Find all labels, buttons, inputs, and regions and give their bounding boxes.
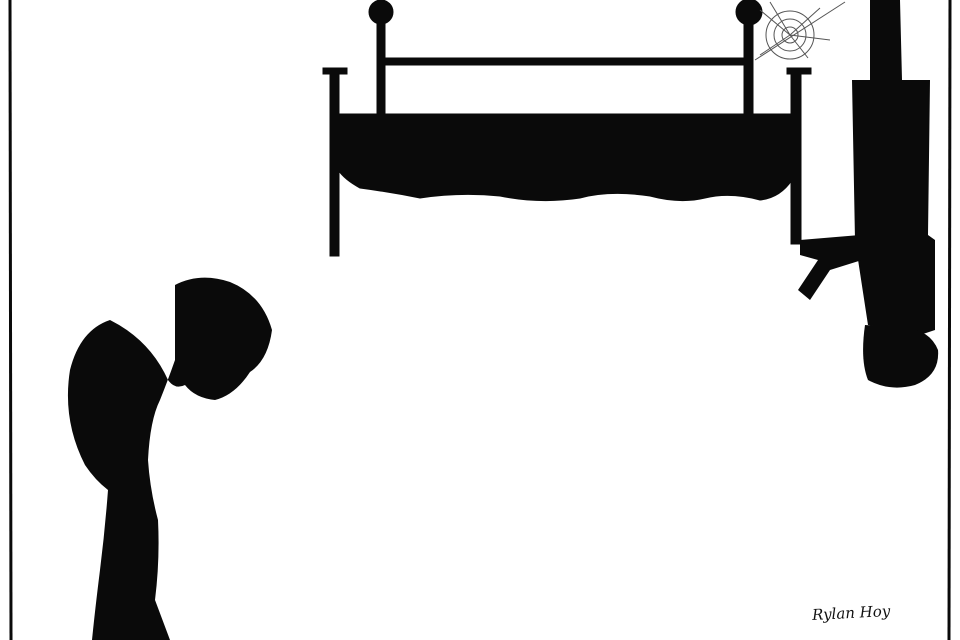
bed (323, 0, 811, 256)
illustration-canvas (0, 0, 960, 640)
bowed-figure (68, 278, 272, 640)
spider-web (755, 2, 845, 60)
upside-down-figure (798, 0, 938, 388)
